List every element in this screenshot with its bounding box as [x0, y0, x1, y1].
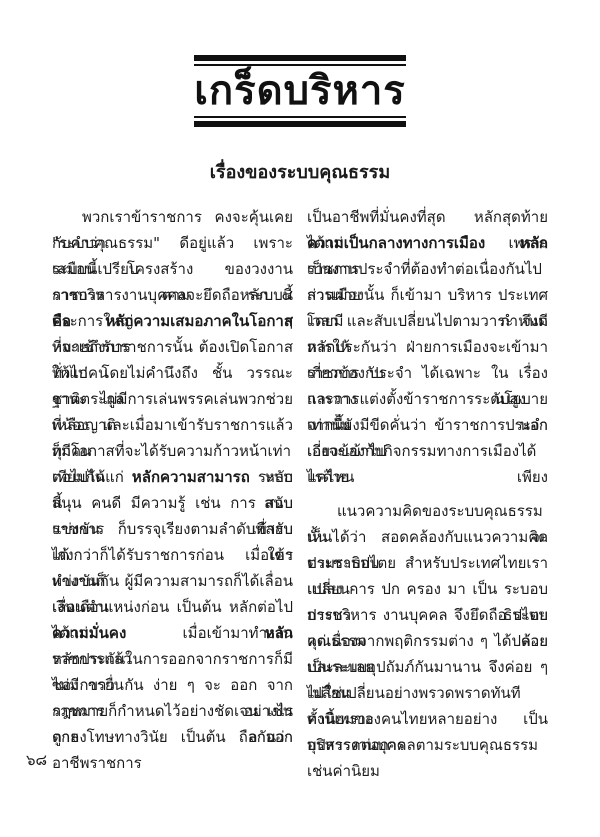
text-line: ต่อไปได้แก่ หลักความสามารถ ระบบนี้ สนับ: [52, 464, 293, 490]
text-line: ไม่ใช่เปลี่ยนอย่างพรวดพราดทันที ทั้งนี้เ…: [307, 680, 548, 706]
text-line: ซอง ขาว กัน ง่าย ๆ จะ ออก จาก ราชการ อย่…: [52, 672, 293, 698]
right-column: เป็นอาชีพที่มั่นคงที่สุด หลักสุดท้ายได้แ…: [307, 204, 548, 758]
text-line: จากนี้ยังมีขีดคั่นว่า ข้าราชการประจำเองจ…: [307, 412, 548, 438]
text-line: คือ หลักความเสมอภาคในโอกาส หมายถึงการ: [52, 308, 293, 334]
text-line: การบริหารงานบุคคลจะยึดถือหลัก ๔ ประการให…: [52, 282, 293, 308]
text-line: บริหารงานบุคคลตามระบบคุณธรรม เช่นค่านิยม: [307, 732, 548, 758]
text-line: แต่เนื่องจากพฤติกรรมต่าง ๆ ได้ปล่อยปละละ…: [307, 628, 548, 654]
text-line: พี่น้อง และเมื่อมาเข้ารับราชการแล้ว ทุกค…: [52, 412, 293, 438]
page: เกร็ดบริหาร เรื่องของระบบคุณธรรม พวกเราข…: [0, 0, 600, 837]
text-line: สนุน คนดี มีความรู้ เช่น การ สอบแข่งขัน …: [52, 490, 293, 516]
text-line: แข่งขันกัน ผู้มีความสามารถก็ได้เลื่อนเงิ…: [52, 568, 293, 594]
rule-line: [194, 116, 406, 118]
text-line: ค่านิยมของคนไทยหลายอย่าง เป็นอุปสรรคต่อก…: [307, 706, 548, 732]
top-double-rule: [194, 55, 406, 66]
page-number: ๖๘: [26, 748, 47, 772]
text-line: แปลง การ ปก ครอง มา เป็น ระบอบ ประชา ธิป…: [307, 576, 548, 602]
text-line: ประชาธิปไตย สำหรับประเทศไทยเราเปลี่ยน-: [307, 550, 548, 576]
text-line: เป็นระบบอุปถัมภ์กันมานาน จึงค่อย ๆ เปลี่…: [307, 654, 548, 680]
text-line: เก่งกว่าก็ได้รับราชการก่อน เมื่อเข้าทำงา…: [52, 542, 293, 568]
text-line: เวลา และสับเปลี่ยนไปตามวาระ จึงมีการให้: [307, 308, 548, 334]
text-line: พวกเราข้าราชการ คงจะคุ้นเคยกับคำว่า: [52, 204, 293, 230]
text-line: ราชการ ประจำ ได้เฉพาะ ใน เรื่อง การวาง น…: [307, 360, 548, 386]
text-line: เป็นอาชีพที่มั่นคงที่สุด หลักสุดท้ายได้แ…: [307, 204, 548, 230]
text-line: เป็นงานประจำที่ต้องทำต่อเนื่องกันไป ส่วน…: [307, 256, 548, 282]
text-line: การบริหาร งานบุคคล จึงยึดถือ ระบบคุณธรรม…: [307, 602, 548, 628]
bottom-double-rule: [194, 116, 406, 127]
rule-line: [194, 64, 406, 66]
masthead: เกร็ดบริหาร: [0, 0, 600, 127]
text-columns: พวกเราข้าราชการ คงจะคุ้นเคยกับคำว่า"ระบบ…: [0, 204, 600, 758]
text-line: แนวความคิดของระบบคุณธรรมนั้น จะ: [307, 498, 548, 524]
text-line: และการแต่งตั้งข้าราชการระดับสูงเท่านั้น …: [307, 386, 548, 412]
text-line: ฐานะ ไม่มีการเล่นพรรคเล่นพวกช่วยเหลือญาต…: [52, 386, 293, 412]
text-line: ก็มีโอกาสที่จะได้รับความก้าวหน้าเท่าเทีย…: [52, 438, 293, 464]
text-line: เสมือน โครงสร้าง ของวงงาน ราชการ ตาม ระบ…: [52, 256, 293, 282]
text-line: ถูกลงโทษทางวินัย เป็นต้น ถือกันว่าอาชีพร…: [52, 724, 293, 750]
rule-bar: [194, 55, 406, 61]
text-line: หลักประกันว่า ฝ่ายการเมืองจะเข้ามาเกี่ยว…: [307, 334, 548, 360]
text-line: หลักประกันในการออกจากราชการ ไม่มีการยื่น: [52, 646, 293, 672]
text-line: ราชการ ก็บรรจุเรียงตามลำดับที่สอบได้ ใคร: [52, 516, 293, 542]
section-title: เรื่องของระบบคุณธรรม: [0, 157, 600, 186]
rule-bar: [194, 121, 406, 127]
text-line: กฎหมายก็กำหนดไว้อย่างชัดเจน เช่น ตาย ลาอ…: [52, 698, 293, 724]
text-line: ความมั่นคง เมื่อเข้ามาทำงานราชการแล้ว ก็…: [52, 620, 293, 646]
text-line: ความเป็นกลางทางการเมือง เพราะราชการ: [307, 230, 548, 256]
text-line: เห็นได้ว่า สอดคล้องกับแนวความคิดตามระบอบ: [307, 524, 548, 550]
text-line: การเมืองนั้น ก็เข้ามา บริหาร ประเทศ โดยม…: [307, 282, 548, 308]
left-column: พวกเราข้าราชการ คงจะคุ้นเคยกับคำว่า"ระบบ…: [52, 204, 293, 758]
text-line: ที่จะเข้ารับราชการนั้น ต้องเปิดโอกาสให้แ…: [52, 334, 293, 360]
text-line: "ระบบคุณธรรม" ดีอยู่แล้ว เพราะระบบนี้เปร…: [52, 230, 293, 256]
masthead-title: เกร็ดบริหาร: [0, 68, 600, 114]
text-line: ทั่วไป โดยไม่คำนึงถึง ชั้น วรรณะ ชาติตระ…: [52, 360, 293, 386]
text-line: เลื่อนตำแหน่งก่อน เป็นต้น หลักต่อไปได้แก…: [52, 594, 293, 620]
text-line: เกี่ยวข้องกับกิจกรรมทางการเมืองได้แค่ไหน…: [307, 438, 548, 464]
